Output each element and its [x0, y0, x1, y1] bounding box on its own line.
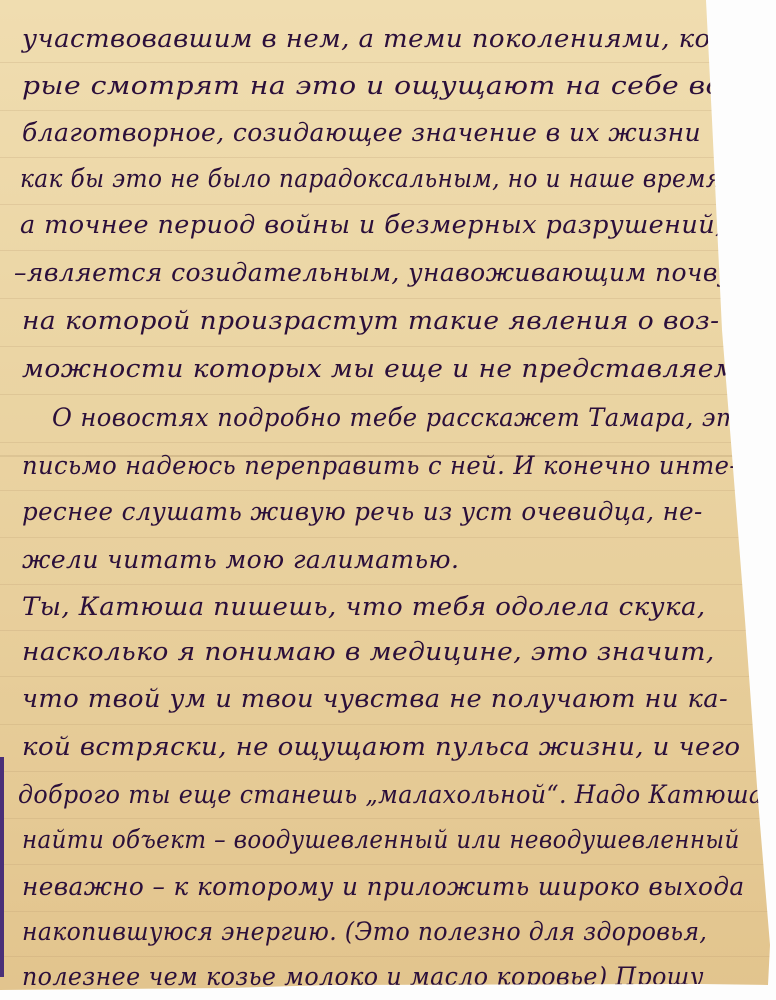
ruled-line [0, 584, 776, 585]
ruled-line [0, 864, 776, 865]
ruled-line [0, 911, 776, 912]
text-line-2: рые смотрят на это и ощущают на себе все [22, 71, 739, 100]
text-line-13: Ты, Катюша пишешь, что тебя одолела скук… [22, 592, 706, 621]
ruled-line [0, 818, 776, 819]
ruled-line [0, 250, 776, 251]
text-line-10: письмо надеюсь переправить с ней. И коне… [22, 451, 738, 480]
text-line-15: что твой ум и твои чувства не получают н… [22, 684, 728, 713]
ruled-line [0, 346, 776, 347]
text-line-5: а точнее период войны и безмерных разруш… [20, 210, 724, 239]
text-line-3: благотворное, созидающее значение в их ж… [22, 118, 701, 147]
ruled-line [0, 537, 776, 538]
ruled-line [0, 442, 776, 443]
ruled-line [0, 630, 776, 631]
ruled-line [0, 956, 776, 957]
ruled-line [0, 394, 776, 395]
margin-line [0, 757, 4, 977]
text-line-6: –является созидательным, унавоживающим п… [14, 258, 733, 287]
text-line-7: на которой произрастут такие явления о в… [22, 306, 719, 335]
ruled-line [0, 204, 776, 205]
text-line-12: жели читать мою галиматью. [22, 545, 459, 574]
text-line-17: доброго ты еще станешь „малахольной“. На… [18, 780, 763, 809]
text-line-4: как бы это не было парадоксальным, но и … [20, 164, 749, 193]
letter-page: участвовавшим в нем, а теми поколениями,… [0, 0, 776, 1000]
ruled-line [0, 490, 776, 491]
text-line-16: кой встряски, не ощущают пульса жизни, и… [22, 732, 740, 761]
ruled-line [0, 298, 776, 299]
ruled-line [0, 724, 776, 725]
text-line-11: реснее слушать живую речь из уст очевидц… [22, 497, 703, 526]
text-line-20: накопившуюся энергию. (Это полезно для з… [22, 917, 707, 946]
text-line-9: О новостях подробно тебе расскажет Тамар… [52, 403, 754, 432]
ruled-line [0, 62, 776, 63]
text-line-8: можности которых мы еще и не представляе… [22, 354, 745, 383]
ruled-line [0, 110, 776, 111]
text-line-18: найти объект – воодушевленный или неводу… [22, 825, 740, 854]
text-line-14: насколько я понимаю в медицине, это знач… [22, 637, 715, 666]
ruled-line [0, 157, 776, 158]
text-line-21: полезнее чем козье молоко и масло коровь… [22, 962, 704, 991]
text-line-1: участвовавшим в нем, а теми поколениями,… [22, 24, 761, 53]
text-line-19: неважно – к которому и приложить широко … [22, 872, 745, 901]
ruled-line [0, 676, 776, 677]
ruled-line [0, 771, 776, 772]
